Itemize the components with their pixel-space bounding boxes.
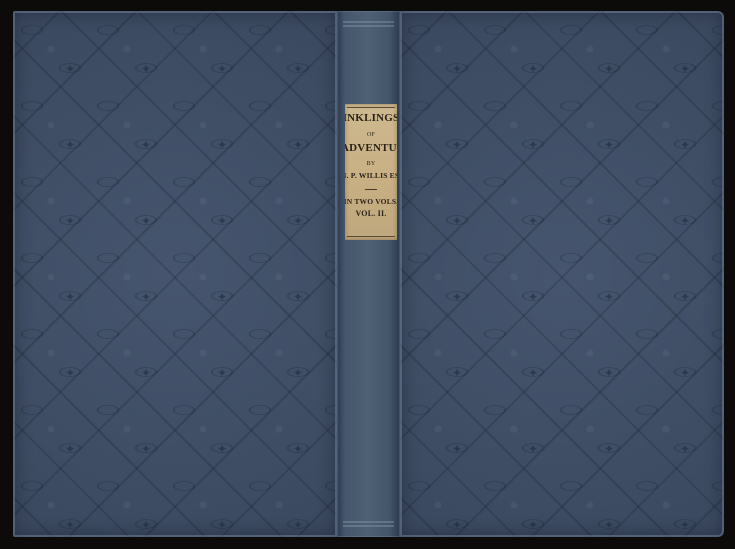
embossed-star-icon: ✦	[141, 367, 151, 379]
embossed-star-icon: ✦	[217, 63, 227, 75]
embossed-star-icon: ✦	[604, 291, 614, 303]
book: ✦✦✦✦✦✦✦✦✦✦✦✦✦✦✦✦✦✦✦✦✦✦✦✦✦✦✦✦ INKLINGS OF…	[13, 11, 724, 537]
label-volumes: IN TWO VOLS.	[345, 197, 397, 206]
embossed-star-icon: ✦	[293, 443, 303, 455]
spine-label: INKLINGS OF ADVENTURE BY N. P. WILLIS ES…	[345, 104, 397, 240]
embossed-star-icon: ✦	[217, 139, 227, 151]
spine-band-top-2	[343, 25, 394, 27]
embossed-star-icon: ✦	[293, 139, 303, 151]
label-rule-top	[347, 107, 395, 108]
embossed-star-icon: ✦	[680, 291, 690, 303]
label-rule-bottom	[347, 236, 395, 237]
embossed-star-icon: ✦	[65, 215, 75, 227]
embossed-star-icon: ✦	[217, 367, 227, 379]
embossed-star-icon: ✦	[217, 519, 227, 531]
back-cover: ✦✦✦✦✦✦✦✦✦✦✦✦✦✦✦✦✦✦✦✦✦✦✦✦✦✦✦✦	[13, 11, 337, 537]
embossed-star-icon: ✦	[528, 291, 538, 303]
embossed-star-icon: ✦	[65, 63, 75, 75]
spine-band-bottom-2	[343, 525, 394, 527]
label-title-line1: INKLINGS	[345, 112, 397, 124]
embossed-star-icon: ✦	[452, 215, 462, 227]
embossed-star-icon: ✦	[293, 63, 303, 75]
embossed-star-icon: ✦	[293, 291, 303, 303]
embossed-star-icon: ✦	[452, 367, 462, 379]
embossed-star-icon: ✦	[528, 139, 538, 151]
embossed-star-icon: ✦	[141, 139, 151, 151]
embossed-star-icon: ✦	[680, 367, 690, 379]
label-divider	[365, 189, 377, 190]
label-author: N. P. WILLIS ESQ.	[345, 171, 397, 180]
embossed-star-icon: ✦	[604, 215, 614, 227]
embossed-star-icon: ✦	[293, 215, 303, 227]
embossed-star-icon: ✦	[65, 367, 75, 379]
embossed-star-icon: ✦	[293, 367, 303, 379]
embossed-star-icon: ✦	[528, 443, 538, 455]
embossed-star-icon: ✦	[452, 139, 462, 151]
embossed-star-icon: ✦	[528, 367, 538, 379]
embossed-star-icon: ✦	[528, 519, 538, 531]
embossed-star-icon: ✦	[452, 519, 462, 531]
embossed-star-icon: ✦	[65, 443, 75, 455]
embossed-star-icon: ✦	[141, 443, 151, 455]
embossed-star-icon: ✦	[217, 215, 227, 227]
front-cover: ✦✦✦✦✦✦✦✦✦✦✦✦✦✦✦✦✦✦✦✦✦✦✦✦✦✦✦✦	[400, 11, 724, 537]
embossed-star-icon: ✦	[217, 291, 227, 303]
embossed-star-icon: ✦	[141, 291, 151, 303]
embossed-star-icon: ✦	[452, 63, 462, 75]
embossed-star-icon: ✦	[528, 215, 538, 227]
embossed-star-icon: ✦	[141, 215, 151, 227]
embossed-star-icon: ✦	[293, 519, 303, 531]
embossed-star-icon: ✦	[604, 519, 614, 531]
label-title-line3: ADVENTURE	[345, 142, 397, 154]
spine-band-bottom	[343, 521, 394, 523]
embossed-star-icon: ✦	[141, 519, 151, 531]
embossed-star-icon: ✦	[680, 215, 690, 227]
embossed-star-icon: ✦	[680, 139, 690, 151]
embossed-star-icon: ✦	[141, 63, 151, 75]
label-title-line2: OF	[345, 132, 397, 138]
label-by: BY	[345, 161, 397, 167]
embossed-star-icon: ✦	[604, 139, 614, 151]
embossed-star-icon: ✦	[452, 291, 462, 303]
label-volume-number: VOL. II.	[345, 209, 397, 218]
embossed-star-icon: ✦	[604, 367, 614, 379]
embossed-star-icon: ✦	[217, 443, 227, 455]
embossed-star-icon: ✦	[680, 63, 690, 75]
embossed-star-icon: ✦	[604, 63, 614, 75]
embossed-star-icon: ✦	[680, 519, 690, 531]
embossed-star-icon: ✦	[452, 443, 462, 455]
embossed-star-icon: ✦	[65, 519, 75, 531]
embossed-star-icon: ✦	[528, 63, 538, 75]
embossed-star-icon: ✦	[65, 139, 75, 151]
spine: INKLINGS OF ADVENTURE BY N. P. WILLIS ES…	[337, 11, 400, 537]
embossed-star-icon: ✦	[680, 443, 690, 455]
embossed-star-icon: ✦	[65, 291, 75, 303]
embossed-star-icon: ✦	[604, 443, 614, 455]
spine-band-top	[343, 21, 394, 23]
